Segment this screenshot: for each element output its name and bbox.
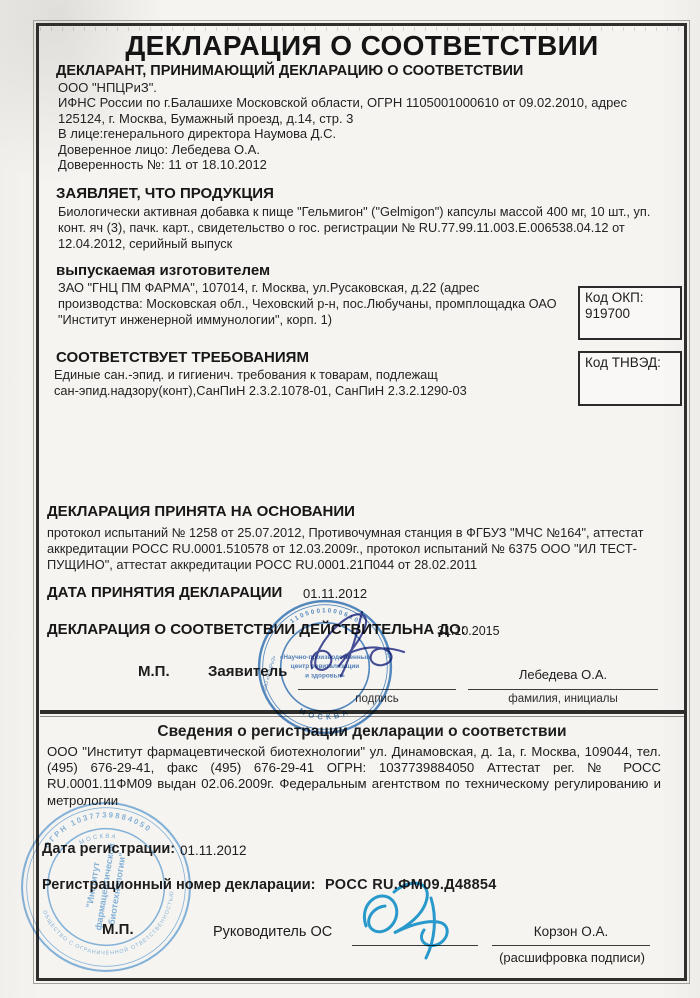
requirements-line-2: сан-эпид.надзору(конт),СанПиН 2.3.2.1078… <box>54 383 569 399</box>
tnved-code-label: Код ТНВЭД: <box>585 355 675 371</box>
requirements-line-1: Единые сан.-эпид. и гигиенич. требования… <box>54 367 569 383</box>
requirements-block: Единые сан.-эпид. и гигиенич. требования… <box>54 367 569 398</box>
okp-code-value: 919700 <box>585 306 675 322</box>
declarant-representative: В лице:генерального директора Наумова Д.… <box>58 126 662 141</box>
tnved-code-box: Код ТНВЭД: <box>578 351 682 406</box>
declarant-registration-info: ИФНС России по г.Балашихе Московской обл… <box>58 95 662 126</box>
manufacturer-description: ЗАО "ГНЦ ПМ ФАРМА", 107014, г. Москва, у… <box>58 280 563 328</box>
registrar-signature-icon <box>336 870 494 962</box>
registrar-round-stamp-icon: ОГРН 1037739884050 ОБЩЕСТВО С ОГРАНИЧЕНН… <box>5 786 206 987</box>
declarant-block: ООО "НПЦРиЗ". ИФНС России по г.Балашихе … <box>58 80 662 172</box>
okp-code-box: Код ОКП: 919700 <box>578 286 682 340</box>
name-caption-2: (расшифровка подписи) <box>487 950 657 965</box>
stamp-place-label: М.П. <box>138 663 170 680</box>
stamp-city-text: МОСКВА <box>298 706 353 721</box>
declarant-org: ООО "НПЦРиЗ". <box>58 80 662 95</box>
scanned-declaration-page: ДЕКЛАРАЦИЯ О СООТВЕТСТВИИ ДЕКЛАРАНТ, ПРИ… <box>0 0 700 998</box>
name-caption: фамилия, инициалы <box>468 693 658 705</box>
requirements-heading: СООТВЕТСТВУЕТ ТРЕБОВАНИЯМ <box>56 349 309 366</box>
applicant-name: Лебедева О.А. <box>468 667 658 682</box>
name-line-2 <box>492 945 650 946</box>
manufacturer-heading: выпускаемая изготовителем <box>56 262 270 279</box>
declarant-power-of-attorney: Доверенность №: 11 от 18.10.2012 <box>58 157 662 172</box>
adoption-date-label: ДАТА ПРИНЯТИЯ ДЕКЛАРАЦИИ <box>47 584 282 601</box>
applicant-signature-icon <box>296 604 456 694</box>
name-line <box>468 689 658 690</box>
page-title: ДЕКЛАРАЦИЯ О СООТВЕТСТВИИ <box>37 30 687 62</box>
basis-heading: ДЕКЛАРАЦИЯ ПРИНЯТА НА ОСНОВАНИИ <box>47 503 355 520</box>
registrar-name: Корзон О.А. <box>492 924 650 939</box>
product-description: Биологически активная добавка к пище "Ге… <box>58 204 676 252</box>
declarant-heading: ДЕКЛАРАНТ, ПРИНИМАЮЩИЙ ДЕКЛАРАЦИЮ О СООТ… <box>56 63 523 79</box>
okp-code-label: Код ОКП: <box>585 290 675 306</box>
basis-description: протокол испытаний № 1258 от 25.07.2012,… <box>47 525 659 573</box>
product-heading: ЗАЯВЛЯЕТ, ЧТО ПРОДУКЦИЯ <box>56 185 274 202</box>
stamp-org-ring-text: ООО «НПЦРиЗ» <box>261 655 277 694</box>
svg-text:МОСКВА: МОСКВА <box>298 706 353 721</box>
declarant-trustee: Доверенное лицо: Лебедева О.А. <box>58 142 662 157</box>
registrar-role-label: Руководитель ОС <box>213 924 332 940</box>
